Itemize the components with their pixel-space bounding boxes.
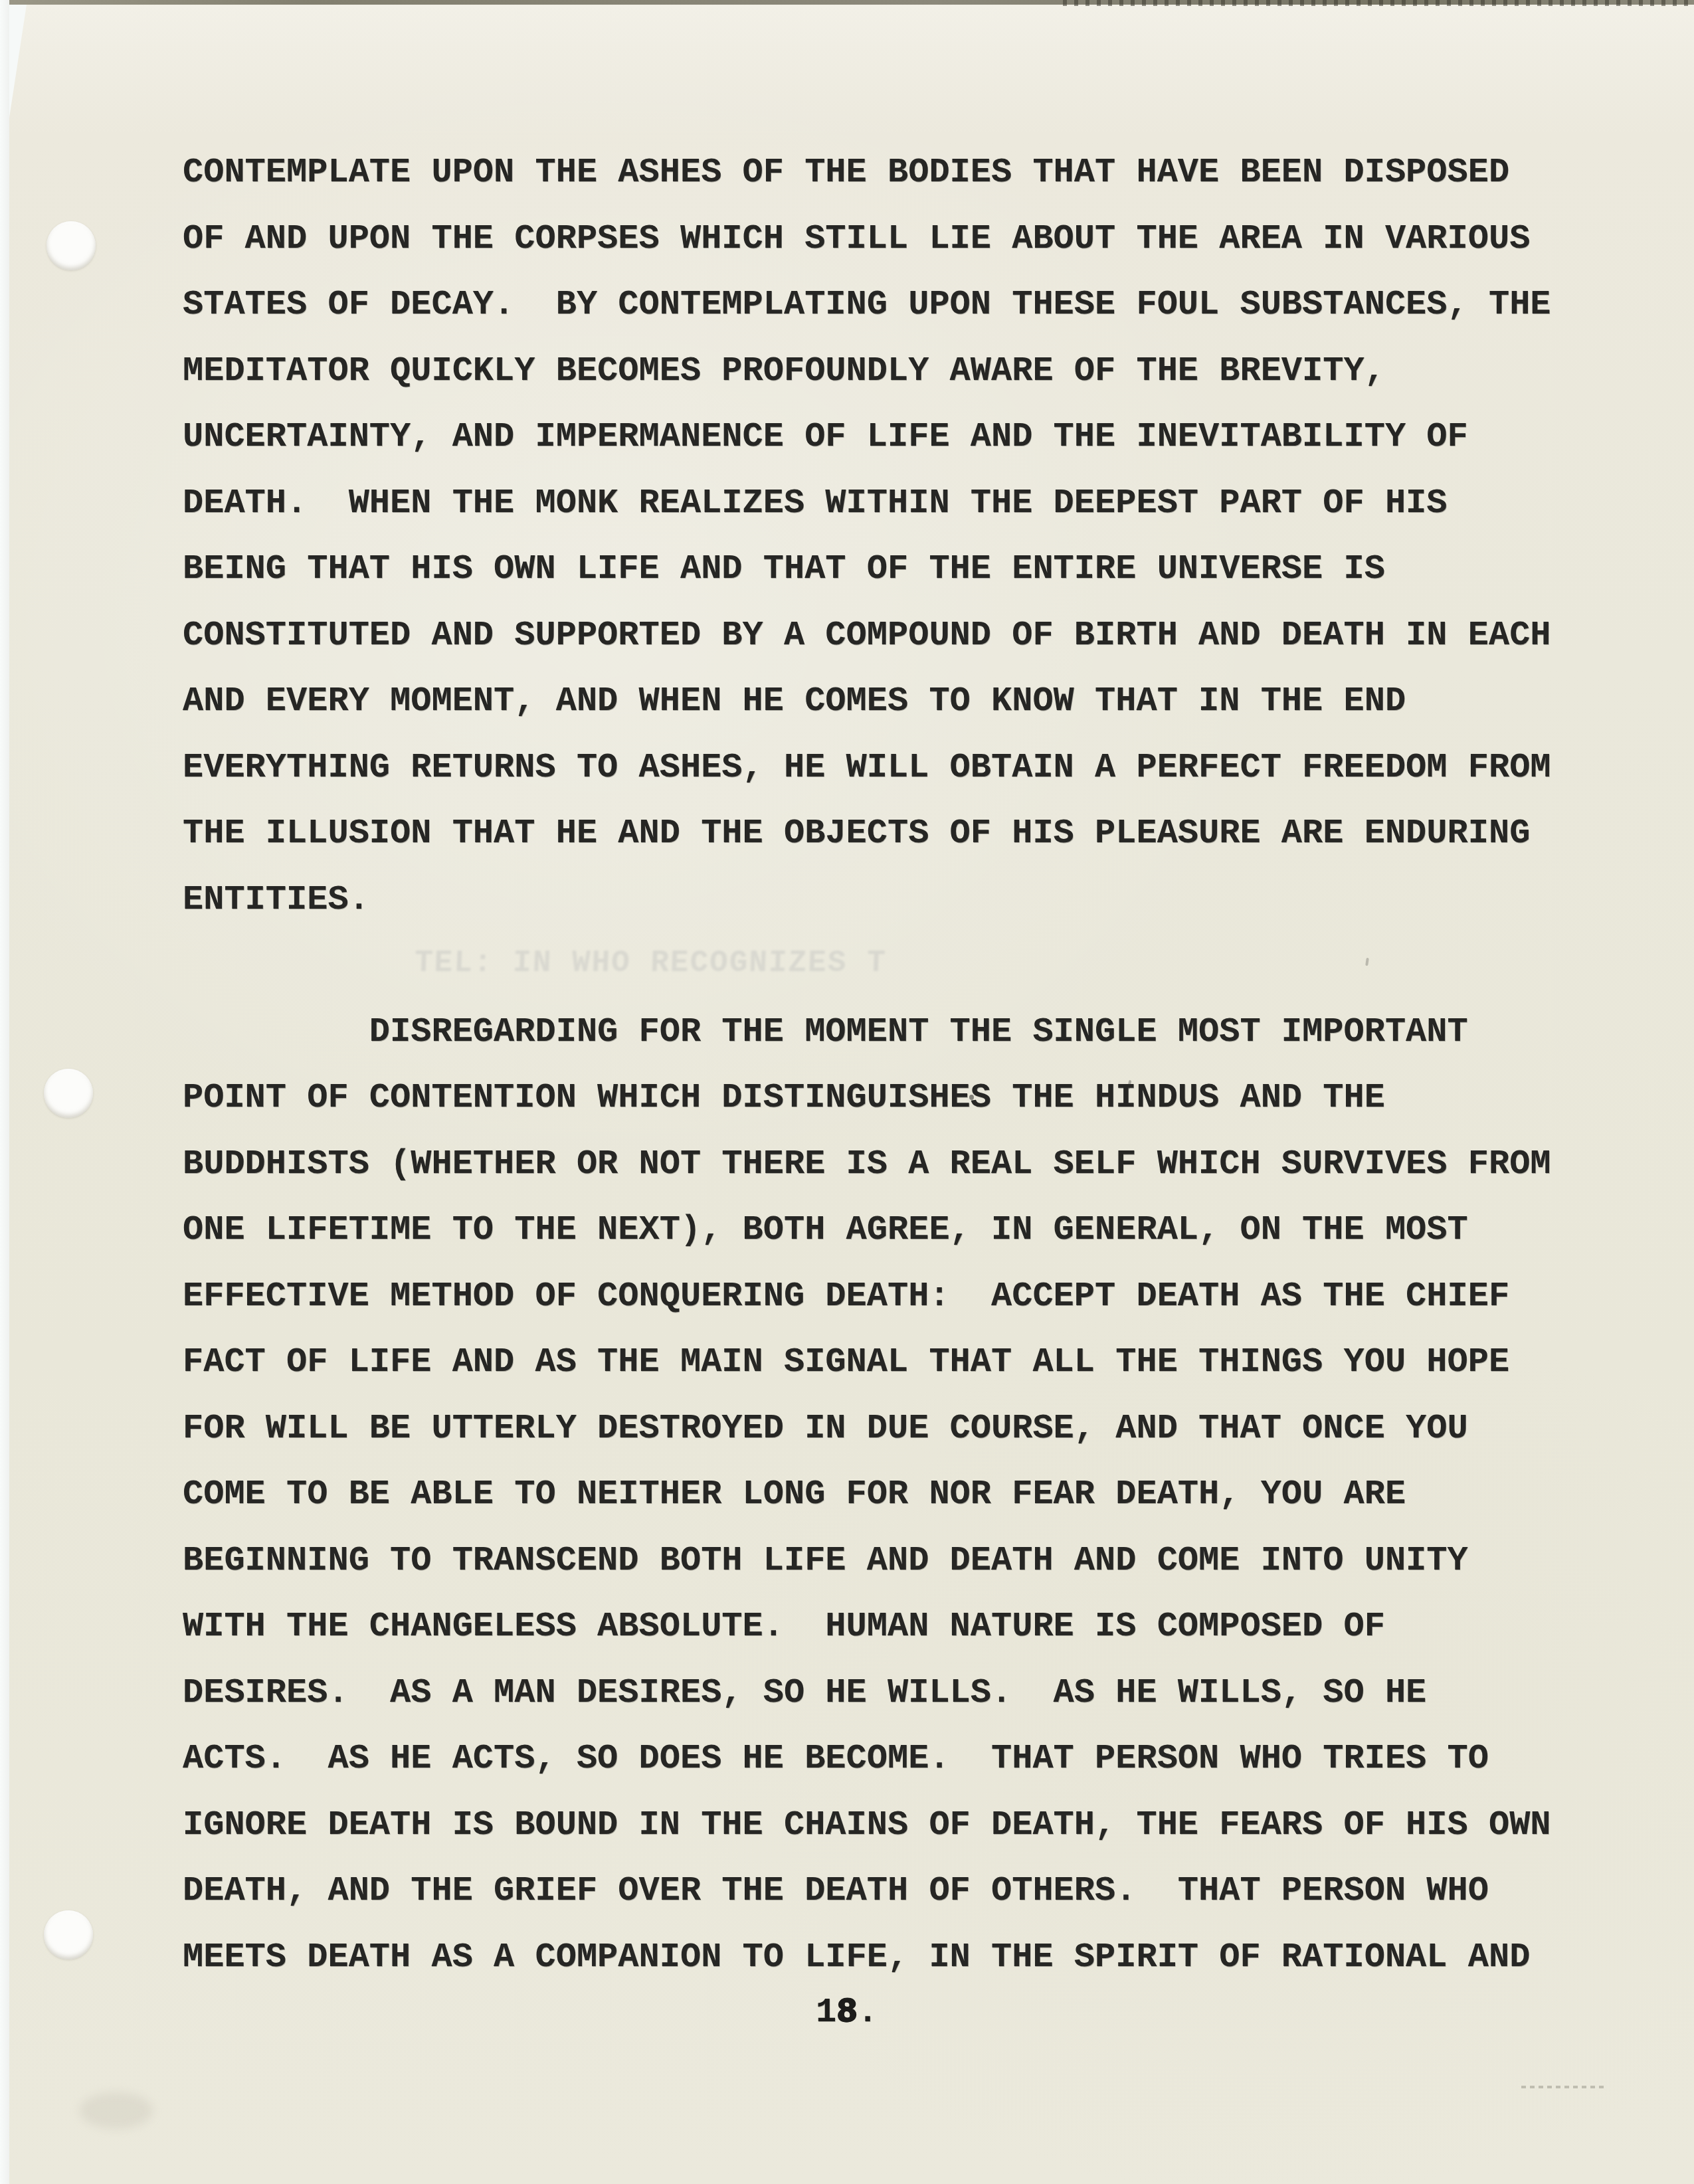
text-line: BUDDHISTS (WHETHER OR NOT THERE IS A REA… — [183, 1131, 1551, 1198]
typewritten-text-block: CONTEMPLATE UPON THE ASHES OF THE BODIES… — [183, 139, 1551, 1990]
punch-hole-bottom — [44, 1910, 93, 1959]
text-line: ONE LIFETIME TO THE NEXT), BOTH AGREE, I… — [183, 1197, 1551, 1263]
text-line: FOR WILL BE UTTERLY DESTROYED IN DUE COU… — [183, 1396, 1551, 1462]
page-number: 18. — [816, 1979, 878, 2046]
text-line: BEING THAT HIS OWN LIFE AND THAT OF THE … — [183, 536, 1551, 602]
text-line: CONTEMPLATE UPON THE ASHES OF THE BODIES… — [183, 139, 1551, 206]
text-line: CONSTITUTED AND SUPPORTED BY A COMPOUND … — [183, 602, 1551, 669]
text-line: EVERYTHING RETURNS TO ASHES, HE WILL OBT… — [183, 735, 1551, 801]
text-line: UNCERTAINTY, AND IMPERMANENCE OF LIFE AN… — [183, 404, 1551, 470]
punch-hole-top — [47, 221, 96, 270]
page-number-period: . — [857, 1993, 878, 2032]
text-line: THE ILLUSION THAT HE AND THE OBJECTS OF … — [183, 800, 1551, 867]
text-line: ACTS. AS HE ACTS, SO DOES HE BECOME. THA… — [183, 1726, 1551, 1792]
scanned-page: TEL: IN WHO RECOGNIZES T CONTEMPLATE UPO… — [0, 0, 1694, 2184]
page-number-digit: 1 — [816, 1993, 836, 2032]
text-line: STATES OF DECAY. BY CONTEMPLATING UPON T… — [183, 272, 1551, 338]
text-line: FACT OF LIFE AND AS THE MAIN SIGNAL THAT… — [183, 1329, 1551, 1396]
text-line: DISREGARDING FOR THE MOMENT THE SINGLE M… — [183, 999, 1551, 1065]
ink-speck — [969, 1095, 974, 1100]
text-line: DESIRES. AS A MAN DESIRES, SO HE WILLS. … — [183, 1660, 1551, 1726]
text-line: POINT OF CONTENTION WHICH DISTINGUISHES … — [183, 1065, 1551, 1131]
text-line: OF AND UPON THE CORPSES WHICH STILL LIE … — [183, 206, 1551, 272]
text-line: IGNORE DEATH IS BOUND IN THE CHAINS OF D… — [183, 1792, 1551, 1859]
page-number-overstruck-digit: 8 — [836, 1993, 857, 2032]
text-line: BEGINNING TO TRANSCEND BOTH LIFE AND DEA… — [183, 1528, 1551, 1594]
text-line: EFFECTIVE METHOD OF CONQUERING DEATH: AC… — [183, 1263, 1551, 1330]
text-line: AND EVERY MOMENT, AND WHEN HE COMES TO K… — [183, 668, 1551, 735]
text-line: COME TO BE ABLE TO NEITHER LONG FOR NOR … — [183, 1461, 1551, 1528]
text-line: MEDITATOR QUICKLY BECOMES PROFOUNDLY AWA… — [183, 338, 1551, 405]
text-line: DEATH, AND THE GRIEF OVER THE DEATH OF O… — [183, 1858, 1551, 1924]
scan-smudge — [80, 2092, 153, 2129]
text-line: DEATH. WHEN THE MONK REALIZES WITHIN THE… — [183, 470, 1551, 537]
paper-top-edge-ticks — [1063, 0, 1694, 6]
text-line: ENTITIES. — [183, 867, 1551, 933]
punch-hole-middle — [44, 1069, 93, 1118]
scan-scratch-mark — [1521, 2086, 1608, 2088]
paper-corner-notch — [9, 5, 27, 118]
text-line: WITH THE CHANGELESS ABSOLUTE. HUMAN NATU… — [183, 1593, 1551, 1660]
